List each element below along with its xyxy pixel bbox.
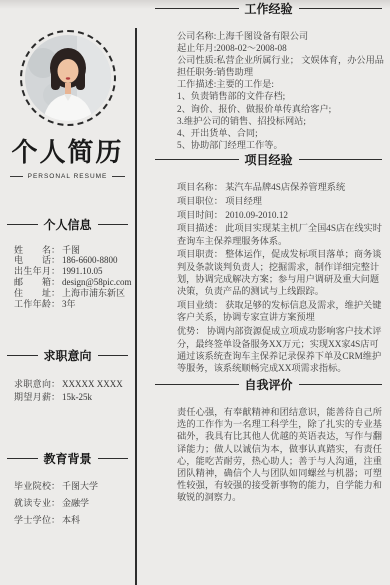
header-line [7,355,38,356]
personal-info-value: 上海市浦东新区 [62,288,125,298]
header-line [98,458,129,459]
project-experience-section: 项目经验 项目名称： 某汽车品牌4S店保养管理系统项目职位： 项目经理项目时间：… [155,151,382,374]
job-intent-value: 15k-25k [62,392,92,402]
work-line: 1、负责销售部的文件存档; [177,90,382,102]
job-intent-row: 期望月薪：15k-25k [14,392,129,402]
header-line [7,458,38,459]
job-intent-value: XXXXX XXXX [62,379,123,389]
personal-info-label: 邮箱 [14,277,51,288]
personal-info-row: 电话：186-6600-8800 [14,255,129,266]
header-line [155,384,239,385]
education-row: 就读专业：金融学 [14,498,129,508]
personal-info-row: 住址：上海市浦东新区 [14,288,129,299]
education-value: 本科 [62,515,80,525]
profile-photo-frame [20,30,116,126]
personal-info-label: 住址 [14,288,51,299]
personal-info-value: 3年 [62,299,76,309]
portrait-illustration [25,35,111,121]
project-experience-body: 项目名称： 某汽车品牌4S店保养管理系统项目职位： 项目经理项目时间： 2010… [155,181,382,374]
work-line: 4、开出货单、合同; [177,127,382,139]
colon: ： [51,277,60,287]
work-line: 2、询价、报价、做报价单传真给客户; [177,103,382,115]
colon: ： [51,255,60,265]
project-row: 优势： 协调内部资源促成立项成功影响客户技术评分，最终签单设备服务XX万元；实现… [177,325,382,374]
job-intent-section: 求职意向 求职意向：XXXXX XXXX期望月薪：15k-25k [0,347,135,402]
personal-info-row: 姓名：千图 [14,245,129,256]
work-experience-title: 工作经验 [245,0,293,17]
personal-info-title: 个人信息 [44,216,92,233]
education-row: 毕业院校：千图大学 [14,481,129,491]
personal-info-value: 1991.10.05 [62,266,103,276]
header-line [155,8,239,9]
education-label: 毕业院校 [14,481,51,491]
job-intent-row: 求职意向：XXXXX XXXX [14,379,129,389]
personal-info-label: 工作年龄 [14,299,51,310]
education-value: 千图大学 [62,481,98,491]
project-row-value: 2010.09-2010.12 [225,210,288,220]
project-row: 项目业绩： 获取足够的发标信息及需求，维护关键客户关系，协调专家宣讲方案预埋 [177,299,382,324]
personal-info-value: 186-6600-8800 [62,255,118,265]
colon: ： [51,379,60,389]
project-experience-header: 项目经验 [155,151,382,168]
work-line: 担任职务:销售助理 [177,66,382,78]
job-intent-label: 求职意向 [14,379,51,389]
sidebar: 个人简历 PERSONAL RESUME 个人信息 姓名：千图电话：186-66… [0,0,135,532]
personal-info-label: 电话 [14,255,51,266]
self-evaluation-title: 自我评价 [245,376,293,393]
job-intent-title: 求职意向 [44,347,92,364]
personal-info-header: 个人信息 [7,216,128,233]
job-intent-header: 求职意向 [7,347,128,364]
project-row-label: 项目业绩： [177,300,225,310]
education-section: 教育背景 毕业院校：千图大学就读专业：金融学学士学位：本科 [0,450,135,525]
work-line: 起止年月:2008-02～2008-08 [177,42,382,54]
project-row-label: 项目名称： [177,182,225,192]
education-rows: 毕业院校：千图大学就读专业：金融学学士学位：本科 [14,481,129,525]
project-row-label: 项目职责： [177,249,225,259]
project-row-value: 项目经理 [225,196,262,206]
colon: ： [51,245,60,255]
subtitle-right-line [112,176,125,177]
personal-info-row: 工作年龄：3年 [14,299,129,310]
education-label: 就读专业 [14,498,51,508]
work-line: 5、协助部门经理工作等。 [177,139,382,151]
project-row: 项目名称： 某汽车品牌4S店保养管理系统 [177,181,382,193]
work-line: 工作描述:主要的工作是: [177,78,382,90]
project-row-label: 项目描述： [177,223,225,233]
resume-subtitle-text: PERSONAL RESUME [28,173,108,180]
self-evaluation-header: 自我评价 [155,376,382,393]
main-column: 工作经验 公司名称:上海千图设备有限公司起止年月:2008-02～2008-08… [137,0,390,504]
education-label: 学士学位 [14,515,51,525]
work-line: 公司性质:私营企业所属行业； 文娱体育，办公用品 [177,54,382,66]
personal-info-row: 邮箱：design@58pic.com [14,277,129,288]
header-line [299,384,383,385]
self-evaluation-text: 责任心强，有奉献精神和团结意识，能善待自己所选的工作作为一名理工科学生，除了扎实… [177,406,382,504]
personal-info-label: 出生年月 [14,266,51,277]
project-row-label: 项目职位： [177,196,225,206]
project-row: 项目时间： 2010.09-2010.12 [177,209,382,221]
project-row-value: 某汽车品牌4S店保养管理系统 [225,182,345,192]
header-line [299,8,383,9]
education-row: 学士学位：本科 [14,515,129,525]
header-line [299,159,383,160]
colon: ： [51,515,60,525]
project-row: 项目职位： 项目经理 [177,195,382,207]
personal-info-rows: 姓名：千图电话：186-6600-8800出生年月：1991.10.05邮箱：d… [14,245,129,310]
resume-page: 个人简历 PERSONAL RESUME 个人信息 姓名：千图电话：186-66… [0,0,390,585]
personal-info-row: 出生年月：1991.10.05 [14,266,129,277]
self-evaluation-section: 自我评价 责任心强，有奉献精神和团结意识，能善待自己所选的工作作为一名理工科学生… [155,376,382,504]
project-row-label: 优势： [177,326,207,336]
work-line: 3.维护公司的销售、招投标网站; [177,115,382,127]
project-row: 项目描述： 此项目实现某主机厂全国4S店在线实时查询车主保养理服务体系。 [177,222,382,247]
work-experience-body: 公司名称:上海千图设备有限公司起止年月:2008-02～2008-08公司性质:… [177,30,382,151]
personal-info-value: 千图 [62,245,80,255]
project-row-label: 项目时间： [177,210,225,220]
colon: ： [51,498,60,508]
profile-photo [25,35,111,121]
job-intent-rows: 求职意向：XXXXX XXXX期望月薪：15k-25k [14,379,129,402]
header-line [7,224,38,225]
subtitle-left-line [10,176,23,177]
personal-info-section: 个人信息 姓名：千图电话：186-6600-8800出生年月：1991.10.0… [0,216,135,310]
project-row-value: 协调内部资源促成立项成功影响客户技术评分，最终签单设备服务XX万元；实现XX家4… [177,326,381,373]
project-row: 项目职责： 整体运作，促成发标项目落单；商务谈判及条款谈判负责人；挖掘需求，制作… [177,248,382,297]
header-line [155,159,239,160]
work-line: 公司名称:上海千图设备有限公司 [177,30,382,42]
job-intent-label: 期望月薪 [14,392,51,402]
project-experience-title: 项目经验 [245,151,293,168]
education-title: 教育背景 [44,450,92,467]
work-experience-section: 工作经验 公司名称:上海千图设备有限公司起止年月:2008-02～2008-08… [155,0,382,151]
education-header: 教育背景 [7,450,128,467]
header-line [98,224,129,225]
colon: ： [51,392,60,402]
personal-info-label: 姓名 [14,245,51,256]
colon: ： [51,288,60,298]
colon: ： [51,266,60,276]
resume-title: 个人简历 [0,138,135,167]
colon: ： [51,299,60,309]
personal-info-value: design@58pic.com [62,277,132,287]
work-experience-header: 工作经验 [155,0,382,17]
resume-subtitle: PERSONAL RESUME [10,173,125,180]
colon: ： [51,481,60,491]
education-value: 金融学 [62,498,89,508]
header-line [98,355,129,356]
